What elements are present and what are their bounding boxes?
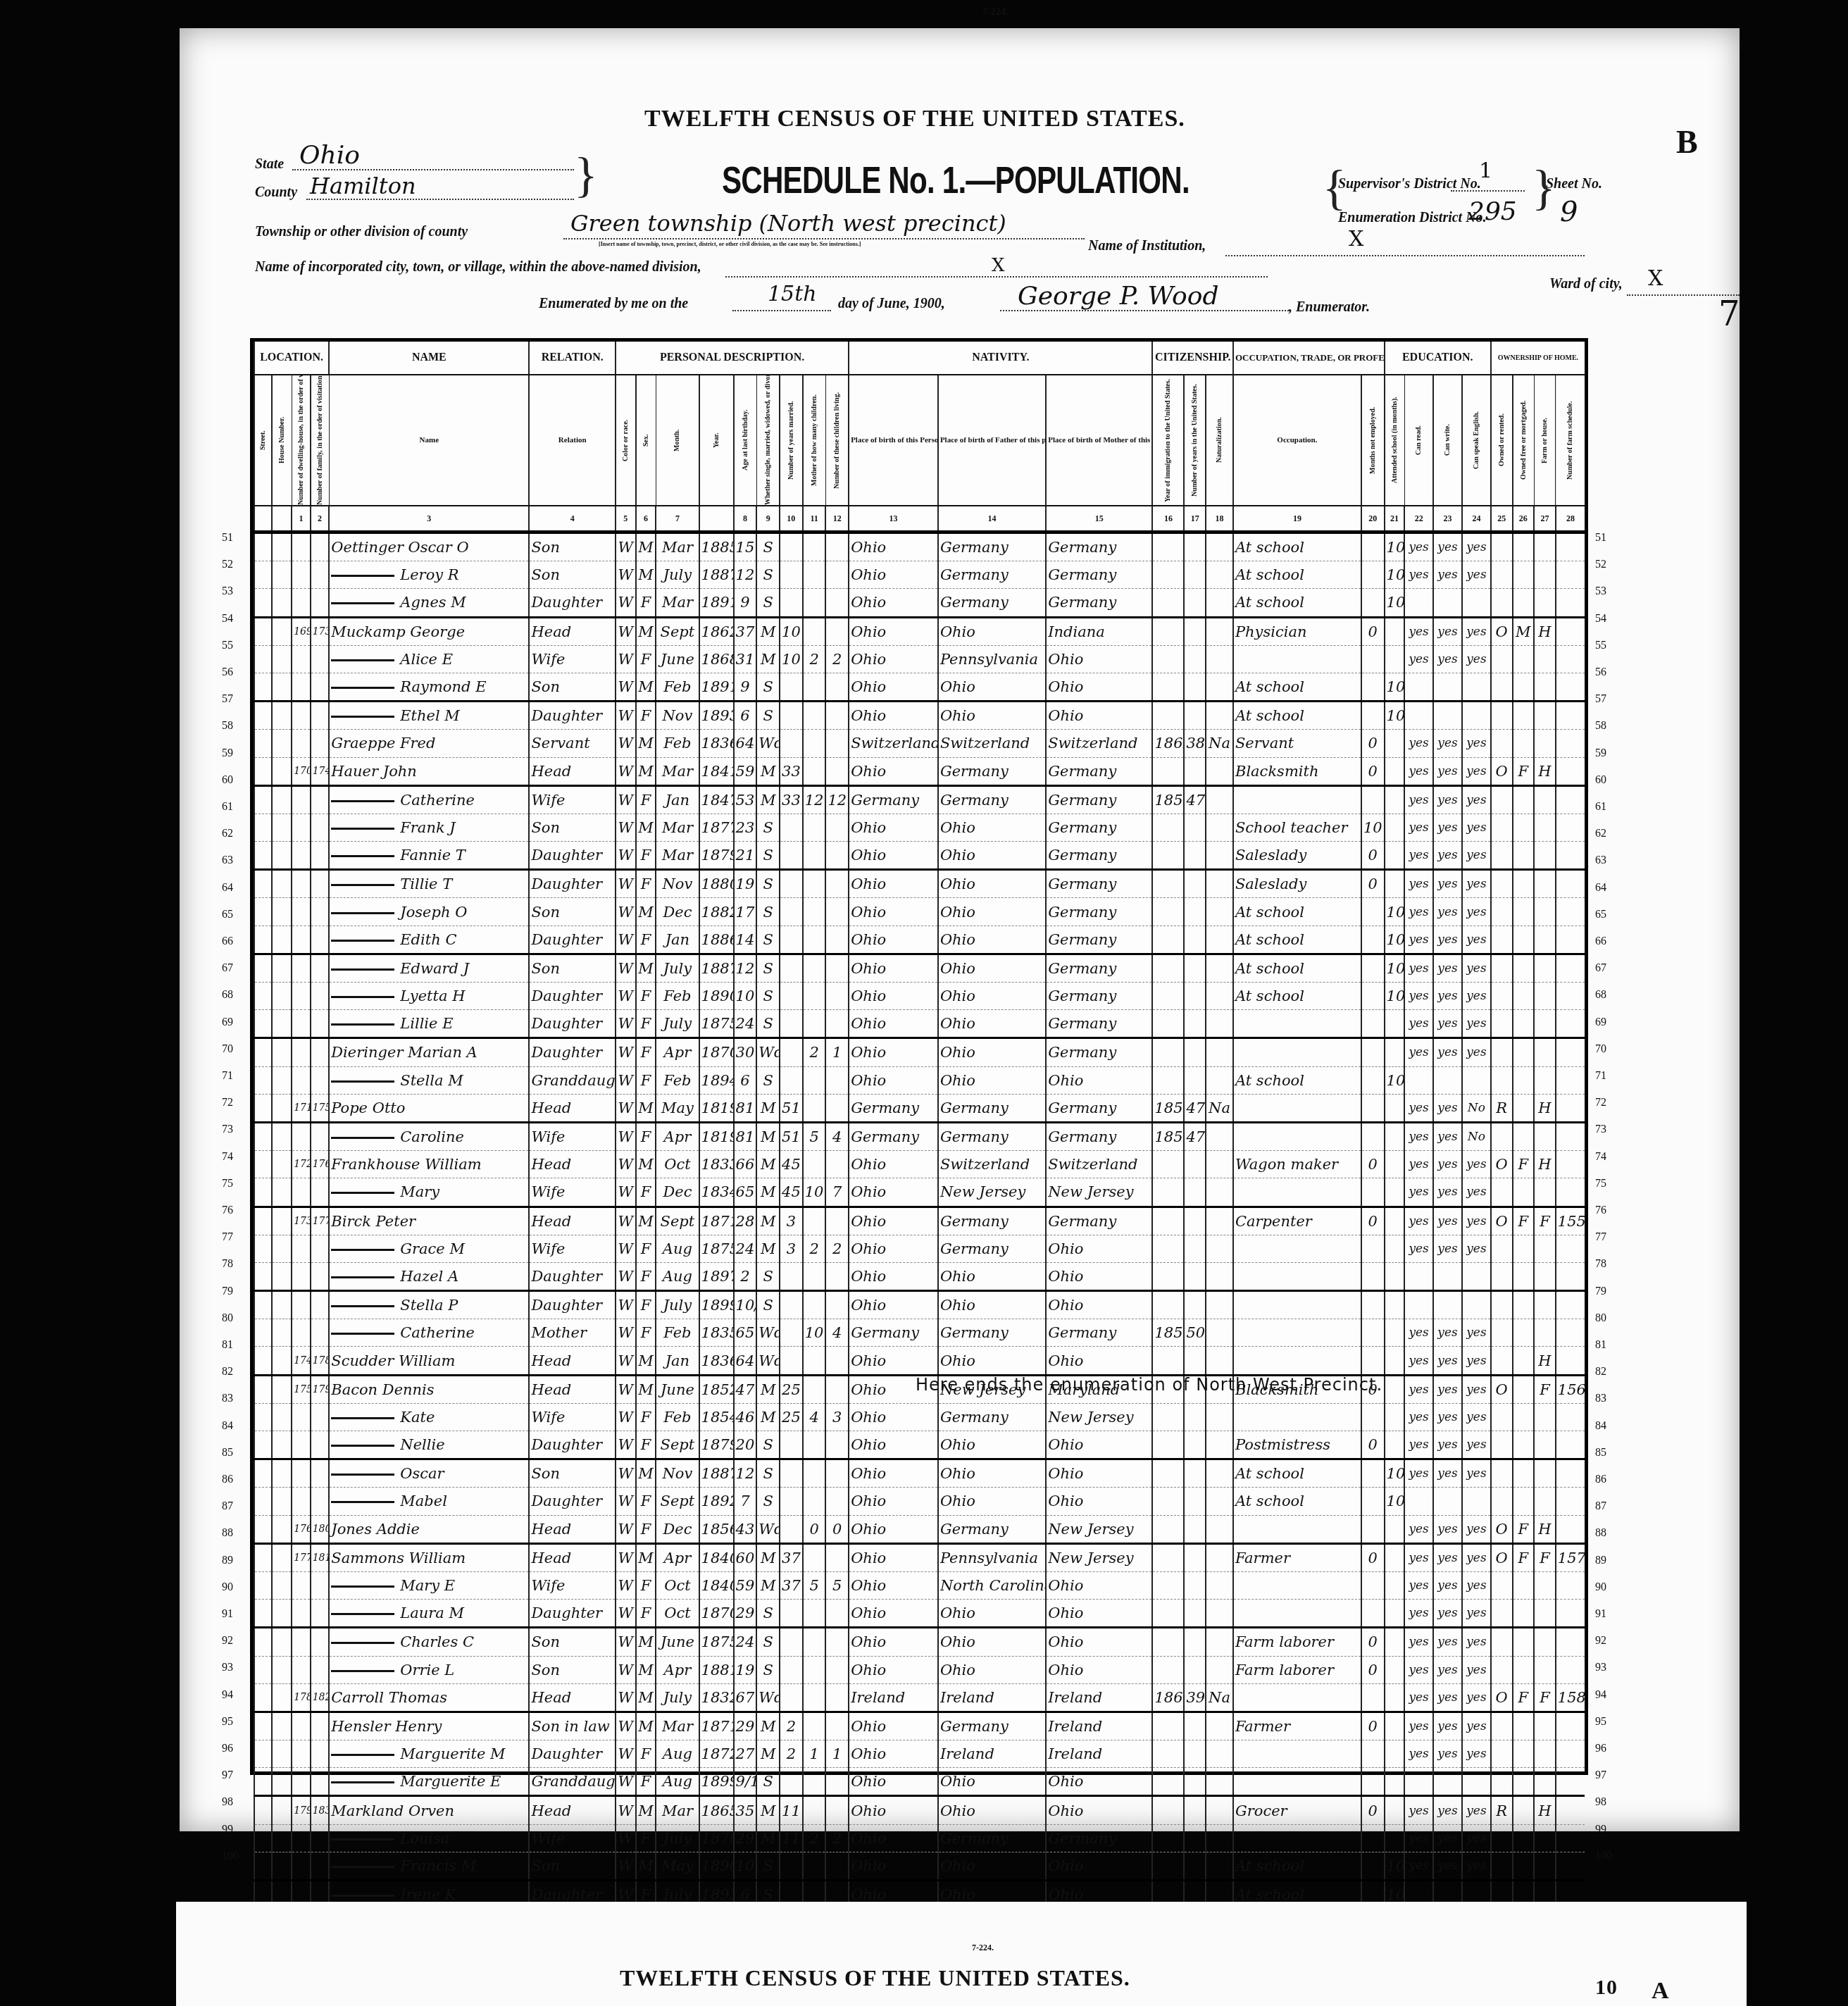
column-number: 9 [756,506,780,532]
cell-eng: yes [1462,870,1491,898]
cell-dw [292,814,311,841]
cell-race: W [616,1683,636,1712]
empty-cell [254,1066,272,1094]
line-number: 51 [222,532,233,544]
cell-own [1491,1740,1513,1768]
state-value: Ohio [299,141,360,170]
cell-sex: F [636,1600,656,1628]
cell-own [1491,1571,1513,1599]
cell-read: yes [1404,1796,1433,1824]
cell-name: Hauer John [329,757,529,785]
cell-eng: yes [1462,532,1491,561]
cell-dw [292,1178,311,1207]
cell-age: 29 [734,1824,757,1852]
cell-chl [825,561,849,589]
county-label: County [255,185,297,201]
table-row: Leroy RSonWMJuly188712SOhioGermanyGerman… [254,561,1585,589]
cell-imm [1152,842,1184,870]
cell-ch [803,1066,826,1094]
cell-read: yes [1404,954,1433,982]
next-sheet-letter: A [1652,1978,1670,2005]
cell-write: yes [1433,1740,1462,1768]
cell-race: W [616,645,636,673]
cell-month: Nov [656,702,699,730]
cell-fam [311,983,330,1010]
cell-pof: Germany [938,1094,1046,1122]
cell-ch [803,1010,826,1038]
table-row: 173177Birck PeterHeadWMSept187128M3OhioG… [254,1207,1585,1235]
cell-month: Mar [656,814,699,841]
cell-rel: Son [529,1459,616,1488]
cell-fh [1534,1571,1556,1599]
cell-ms: S [756,1431,780,1459]
cell-month: Dec [656,1178,699,1207]
surname-ditto-dash [331,1445,394,1447]
cell-nat [1206,926,1233,954]
cell-ch [803,1291,826,1319]
cell-rel: Daughter [529,926,616,954]
line-number: 68 [1595,989,1606,1002]
cell-unemp [1361,1824,1385,1852]
cell-sch [1385,1740,1405,1768]
cell-age: 9 [734,673,757,701]
cell-write: yes [1433,1543,1462,1571]
cell-name: Nellie [329,1431,529,1459]
cell-name: Dieringer Marian A [329,1038,529,1066]
cell-own [1491,1010,1513,1038]
cell-rel: Granddaughter [529,1768,616,1796]
cell-sex: F [636,870,656,898]
cell-own [1491,1824,1513,1852]
cell-race: W [616,1796,636,1824]
cell-own: O [1491,1683,1513,1712]
cell-unemp [1361,645,1385,673]
cell-nat [1206,1656,1233,1683]
cell-imm [1152,673,1184,701]
cell-fm [1513,1431,1535,1459]
cell-read: yes [1404,1235,1433,1262]
cell-nat [1206,1066,1233,1094]
cell-month: Feb [656,1319,699,1347]
table-row: 169173Muckamp GeorgeHeadWMSept186237M10O… [254,617,1585,645]
cell-age: 64 [734,730,757,757]
line-number: 51 [1595,532,1606,544]
table-row: Lyetta HDaughterWFFeb189010SOhioOhioGerm… [254,983,1585,1010]
cell-dw [292,842,311,870]
cell-month: Apr [656,1656,699,1683]
cell-farm [1556,1235,1585,1262]
cell-year: 1871 [699,1207,734,1235]
empty-cell [272,1094,292,1122]
institution-value: X [1349,227,1363,251]
cell-imm [1152,1066,1184,1094]
cell-month: Jan [656,785,699,814]
cell-farm [1556,1740,1585,1768]
line-number: 92 [1595,1635,1606,1647]
cell-pom: New Jersey [1046,1178,1152,1207]
cell-year: 1862 [699,617,734,645]
person-name: Charles C [400,1633,474,1650]
cell-farm [1556,983,1585,1010]
cell-yrs [1184,1403,1206,1431]
cell-pob: Ohio [849,1262,938,1290]
cell-fam [311,1066,330,1094]
cell-nat [1206,1628,1233,1656]
cell-ym: 25 [780,1403,803,1431]
line-number: 77 [222,1231,233,1244]
cell-pof: Ohio [938,926,1046,954]
cell-month: Mar [656,1712,699,1740]
cell-sex: F [636,1235,656,1262]
cell-occ [1233,1122,1361,1150]
cell-read: yes [1404,532,1433,561]
cell-sex: F [636,1010,656,1038]
cell-chl [825,1628,849,1656]
cell-eng: yes [1462,1852,1491,1880]
cell-fam [311,1656,330,1683]
cell-imm [1152,898,1184,926]
cell-eng: yes [1462,1431,1491,1459]
line-number: 74 [222,1151,233,1164]
cell-month: Feb [656,730,699,757]
cell-own [1491,1852,1513,1880]
cell-farm [1556,1431,1585,1459]
cell-occ: Wagon maker [1233,1151,1361,1178]
cell-fh [1534,1122,1556,1150]
cell-write [1433,1291,1462,1319]
cell-pof: Germany [938,561,1046,589]
cell-ym: 33 [780,785,803,814]
line-number: 78 [1595,1258,1606,1271]
person-name: Pope Otto [331,1099,405,1116]
table-row: Fannie TDaughterWFMar187921SOhioOhioGerm… [254,842,1585,870]
cell-farm [1556,954,1585,982]
empty-cell [272,702,292,730]
line-number: 85 [1595,1447,1606,1459]
line-number: 62 [222,828,233,840]
column-number: 18 [1206,506,1233,532]
cell-sch [1385,1235,1405,1262]
cell-farm [1556,814,1585,841]
cell-name: Marguerite M [329,1740,529,1768]
surname-ditto-dash [331,575,394,577]
line-number: 96 [1595,1743,1606,1755]
line-number: 54 [222,613,233,625]
cell-fam [311,1571,330,1599]
cell-ch [803,532,826,561]
census-title: TWELFTH CENSUS OF THE UNITED STATES. [644,106,1185,132]
cell-pom: Ireland [1046,1683,1152,1712]
cell-fam [311,645,330,673]
cell-eng [1462,673,1491,701]
cell-race: W [616,1543,636,1571]
line-number: 87 [222,1500,233,1513]
cell-year: 1887 [699,1459,734,1488]
cell-read: yes [1404,1038,1433,1066]
cell-ym [780,1319,803,1347]
cell-name: Grace M [329,1235,529,1262]
cell-write: yes [1433,1151,1462,1178]
cell-yrs: 47 [1184,1122,1206,1150]
cell-own: O [1491,1207,1513,1235]
column-number: 21 [1385,506,1405,532]
cell-ym: 3 [780,1235,803,1262]
cell-year: 1871 [699,1712,734,1740]
table-row: CatherineMotherWFFeb183565Wd104GermanyGe… [254,1319,1585,1347]
cell-ch [803,1600,826,1628]
line-number: 68 [222,989,233,1002]
empty-cell [272,617,292,645]
empty-cell [272,730,292,757]
surname-ditto-dash [331,1586,394,1588]
cell-read: yes [1404,898,1433,926]
cell-name: Pope Otto [329,1094,529,1122]
cell-pob: Ohio [849,1488,938,1515]
cell-chl: 1 [825,1038,849,1066]
cell-race: W [616,1207,636,1235]
cell-occ: Grocer [1233,1796,1361,1824]
column-header: Number of family, in the order of visita… [311,375,330,506]
cell-month: May [656,1852,699,1880]
cell-occ: At school [1233,898,1361,926]
cell-fh [1534,1488,1556,1515]
cell-fm: F [1513,1543,1535,1571]
cell-chl: 12 [825,785,849,814]
cell-chl: 4 [825,1122,849,1150]
cell-fam [311,1628,330,1656]
cell-sch [1385,1094,1405,1122]
person-name: Marguerite E [400,1773,501,1790]
person-name: Muckamp George [331,623,465,640]
cell-fam: 175 [311,1094,330,1122]
cell-write: yes [1433,1178,1462,1207]
cell-pom: Ohio [1046,1459,1152,1488]
cell-read: yes [1404,1178,1433,1207]
cell-sch [1385,1768,1405,1796]
cell-age: 28 [734,1207,757,1235]
township-value: Green township (North west precinct) [570,210,1006,237]
cell-chl [825,1291,849,1319]
enumerated-prefix: Enumerated by me on the [539,296,688,312]
cell-imm [1152,757,1184,785]
cell-fh [1534,954,1556,982]
empty-cell [272,1403,292,1431]
cell-sch [1385,1796,1405,1824]
cell-month: Jan [656,926,699,954]
cell-race: W [616,673,636,701]
cell-eng: yes [1462,842,1491,870]
cell-write [1433,1262,1462,1290]
cell-fam: 178 [311,1347,330,1375]
cell-fm [1513,785,1535,814]
cell-nat [1206,1291,1233,1319]
cell-pob: Switzerland [849,730,938,757]
cell-fh [1534,1010,1556,1038]
table-row: Dieringer Marian ADaughterWFApr187030Wd2… [254,1038,1585,1066]
column-header: Name [329,375,529,506]
cell-month: Mar [656,589,699,617]
cell-pob: Ohio [849,926,938,954]
column-header: Color or race. [616,375,636,506]
cell-occ: Postmistress [1233,1431,1361,1459]
cell-occ [1233,1740,1361,1768]
cell-ch [803,1375,826,1403]
cell-eng: yes [1462,561,1491,589]
cell-own [1491,532,1513,561]
cell-pom: Ohio [1046,1431,1152,1459]
cell-fm [1513,1178,1535,1207]
cell-fm [1513,1319,1535,1347]
cell-pom: Germany [1046,842,1152,870]
cell-unemp [1361,673,1385,701]
cell-pom: Ohio [1046,1852,1152,1880]
empty-cell [254,702,272,730]
cell-race: W [616,1488,636,1515]
cell-race: W [616,730,636,757]
cell-ym [780,1488,803,1515]
cell-name: Stella P [329,1291,529,1319]
cell-write: yes [1433,814,1462,841]
cell-dw [292,1459,311,1488]
empty-cell [272,589,292,617]
cell-write: yes [1433,1235,1462,1262]
table-row: CarolineWifeWFApr181981M5154GermanyGerma… [254,1122,1585,1150]
cell-sex: M [636,730,656,757]
cell-pom: Germany [1046,814,1152,841]
cell-eng: yes [1462,1543,1491,1571]
cell-occ: At school [1233,983,1361,1010]
cell-sex: M [636,1375,656,1403]
empty-cell [272,1628,292,1656]
cell-fh [1534,1066,1556,1094]
cell-race: W [616,954,636,982]
cell-pof: Ohio [938,1038,1046,1066]
cell-ym: 45 [780,1178,803,1207]
cell-race: W [616,1628,636,1656]
cell-write: yes [1433,1571,1462,1599]
line-number: 89 [1595,1555,1606,1567]
column-number: 7 [656,506,699,532]
surname-ditto-dash [331,1866,394,1868]
column-header: Year. [699,375,734,506]
cell-race: W [616,1515,636,1543]
person-name: Mabel [400,1493,447,1509]
cell-fam [311,1262,330,1290]
cell-write: yes [1433,1010,1462,1038]
cell-chl [825,1712,849,1740]
cell-ch [803,1262,826,1290]
empty-cell [254,842,272,870]
cell-sex: F [636,1488,656,1515]
cell-fam [311,1824,330,1852]
cell-occ [1233,1178,1361,1207]
cell-eng: yes [1462,1319,1491,1347]
cell-age: 31 [734,645,757,673]
cell-imm [1152,645,1184,673]
cell-farm [1556,1347,1585,1375]
cell-fh [1534,1178,1556,1207]
cell-age: 29 [734,1712,757,1740]
line-number: 69 [222,1016,233,1029]
cell-race: W [616,785,636,814]
cell-rel: Daughter [529,589,616,617]
cell-read: yes [1404,1094,1433,1122]
cell-sch: 10 [1385,898,1405,926]
cell-nat [1206,870,1233,898]
cell-pom: Ireland [1046,1712,1152,1740]
cell-imm [1152,983,1184,1010]
cell-month: Apr [656,1543,699,1571]
cell-dw [292,1571,311,1599]
cell-year: 1880 [699,870,734,898]
cell-write [1433,702,1462,730]
cell-sch [1385,757,1405,785]
cell-pom: Germany [1046,1824,1152,1852]
empty-cell [254,1768,272,1796]
cell-fh [1534,898,1556,926]
cell-ch [803,1628,826,1656]
cell-own [1491,842,1513,870]
cell-eng: yes [1462,983,1491,1010]
cell-pof: Ireland [938,1683,1046,1712]
cell-occ: At school [1233,589,1361,617]
surname-ditto-dash [331,1080,394,1083]
empty-cell [254,617,272,645]
cell-read: yes [1404,1656,1433,1683]
cell-month: June [656,645,699,673]
cell-age: 60 [734,1543,757,1571]
cell-write: yes [1433,1824,1462,1852]
cell-pob: Ohio [849,1178,938,1207]
cell-race: W [616,898,636,926]
cell-chl [825,1094,849,1122]
cell-race: W [616,814,636,841]
cell-yrs: 47 [1184,1094,1206,1122]
cell-pob: Ohio [849,1235,938,1262]
cell-pob: Ireland [849,1683,938,1712]
empty-cell [254,561,272,589]
cell-nat [1206,814,1233,841]
cell-fam: 179 [311,1375,330,1403]
cell-chl: 2 [825,645,849,673]
cell-own [1491,954,1513,982]
cell-pob: Ohio [849,673,938,701]
cell-rel: Daughter [529,1488,616,1515]
cell-race: W [616,1151,636,1178]
cell-pof: Ohio [938,617,1046,645]
person-name: Frankhouse William [331,1156,481,1173]
person-name: Catherine [400,1324,475,1341]
empty-cell [272,673,292,701]
cell-write: yes [1433,1347,1462,1375]
line-number: 94 [1595,1689,1606,1702]
cell-fh [1534,1628,1556,1656]
cell-read: yes [1404,1459,1433,1488]
cell-read [1404,673,1433,701]
cell-farm: 156 [1556,1375,1585,1403]
cell-yrs [1184,954,1206,982]
line-number: 99 [222,1824,233,1836]
cell-read: yes [1404,757,1433,785]
cell-occ [1233,645,1361,673]
cell-nat [1206,532,1233,561]
cell-name: Sammons William [329,1543,529,1571]
cell-sex: F [636,702,656,730]
cell-sex: M [636,1459,656,1488]
cell-fh: F [1534,1207,1556,1235]
cell-age: 15 [734,532,757,561]
cell-ym [780,1459,803,1488]
